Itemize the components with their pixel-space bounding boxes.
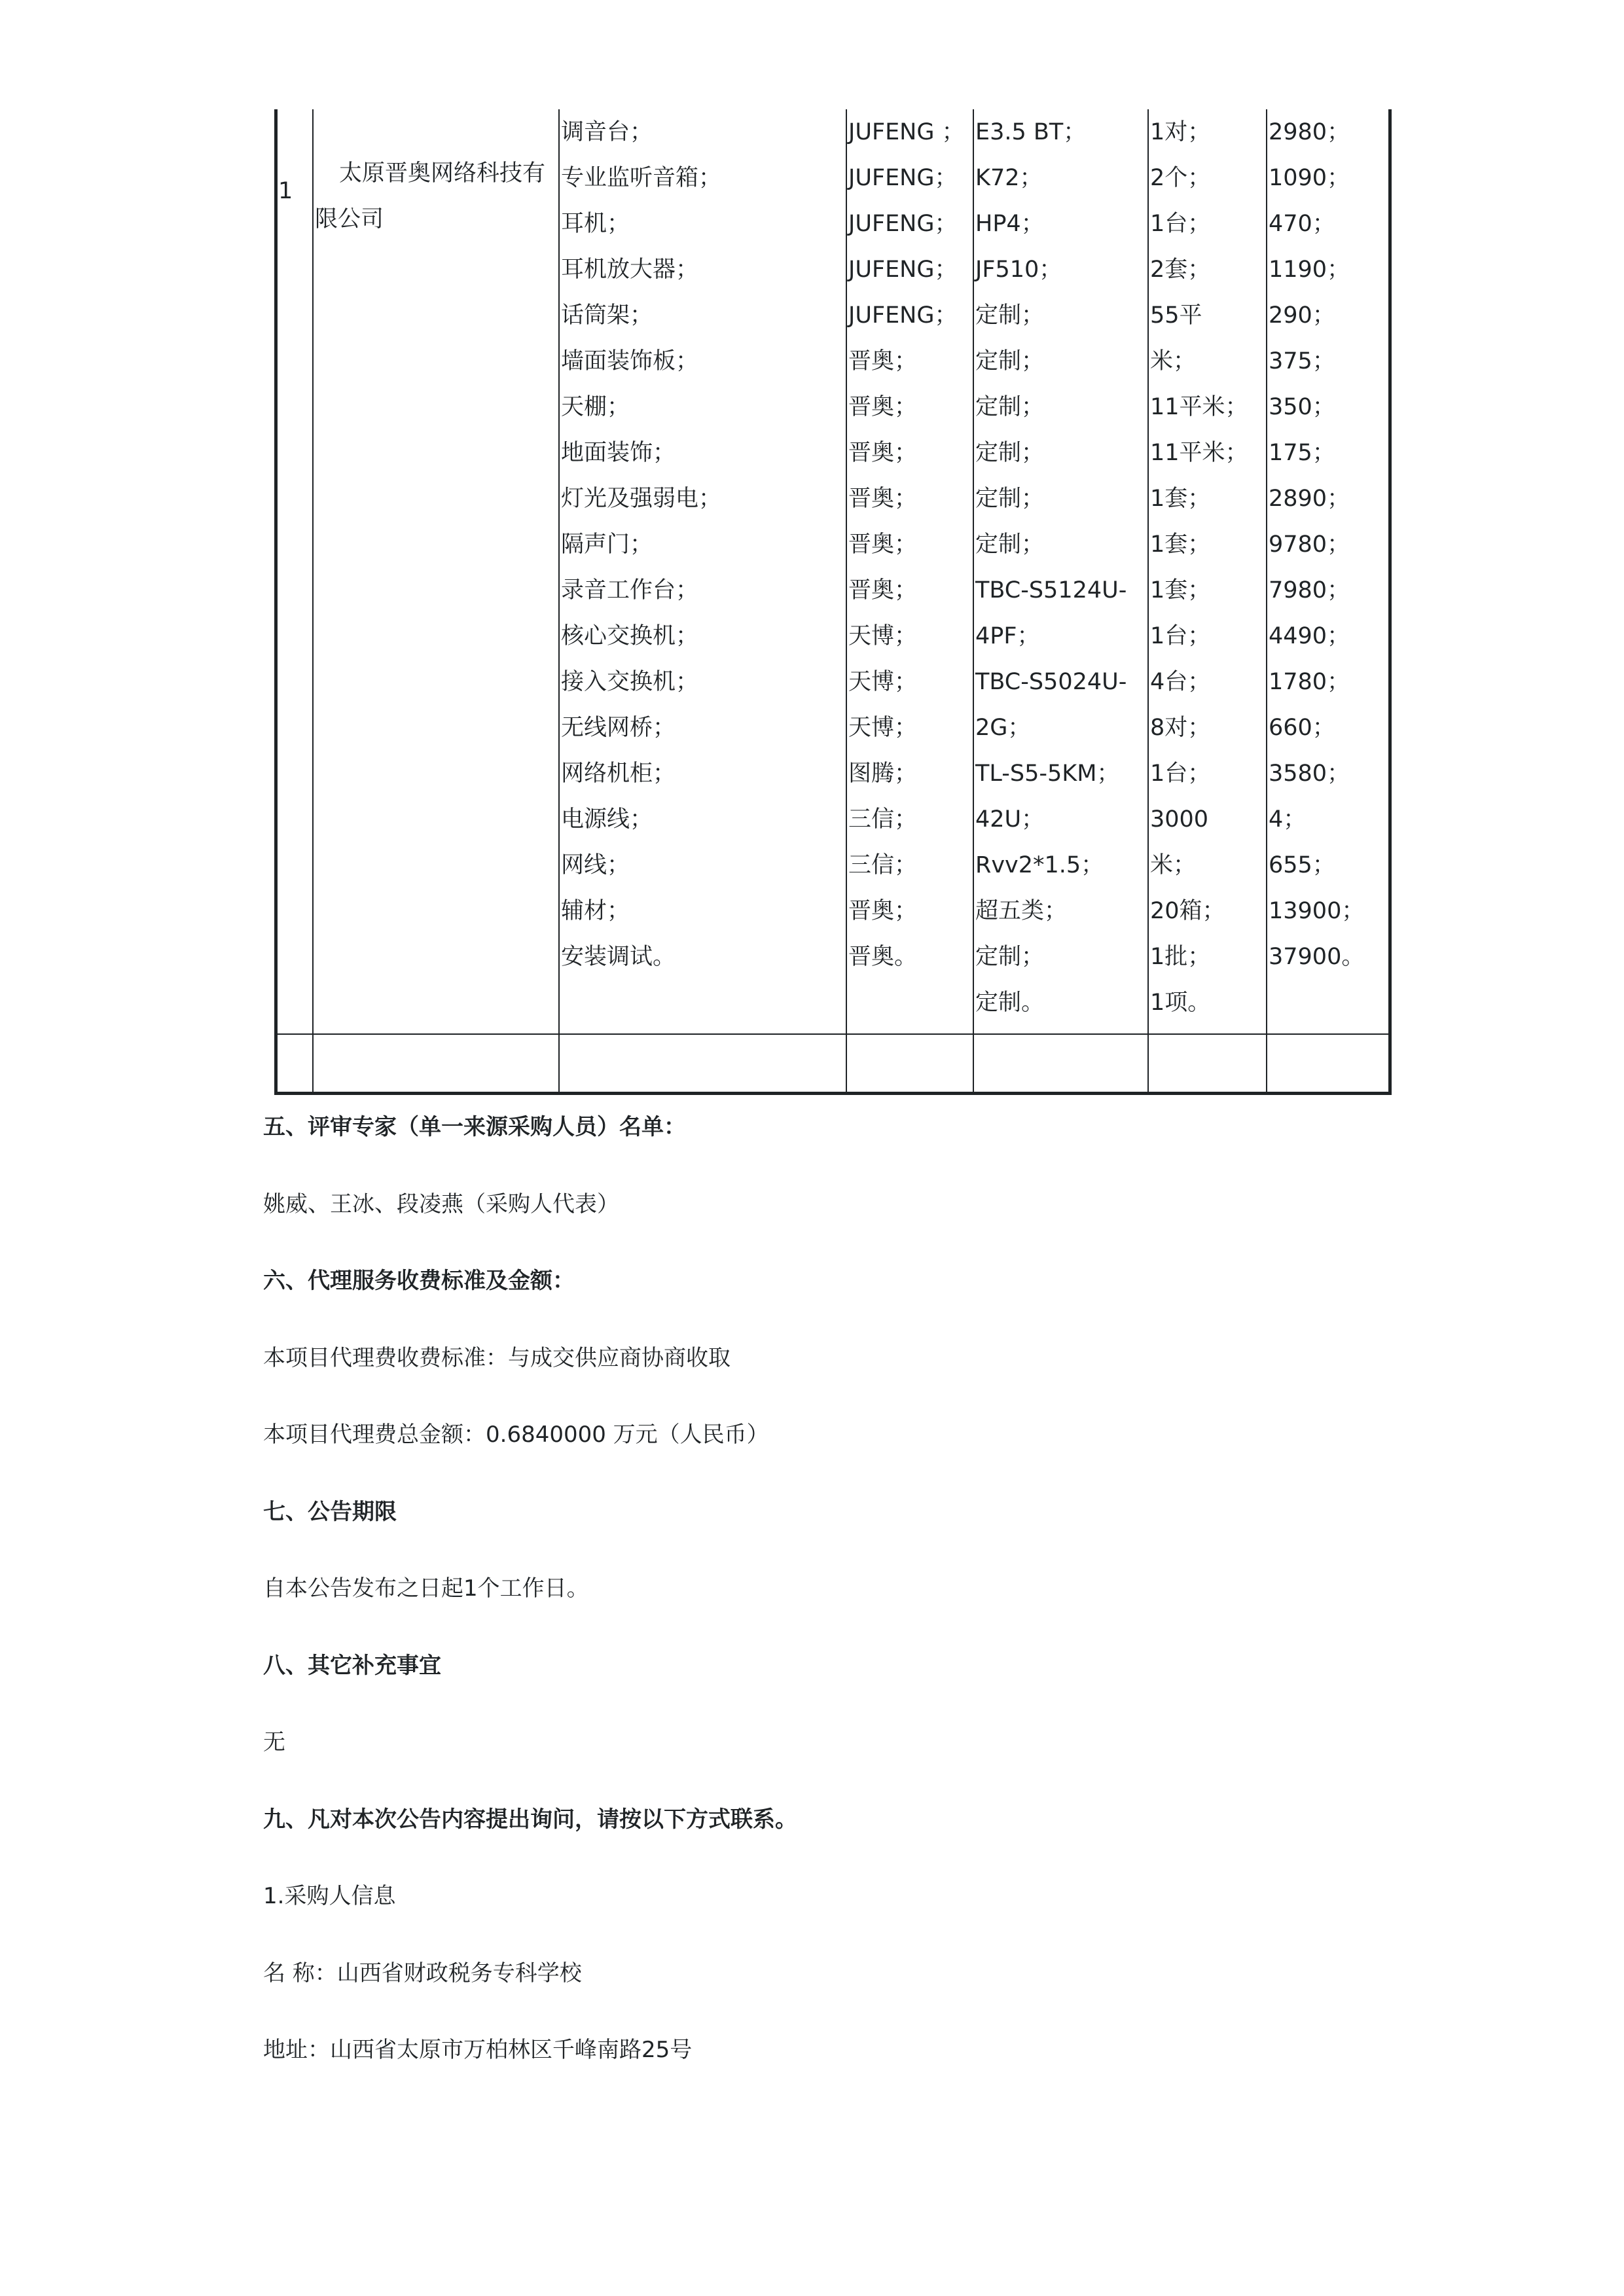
- column-divider: [312, 109, 314, 1095]
- table-quantity: 2套；: [1150, 247, 1248, 293]
- table-brand: 晋奥；: [848, 522, 965, 567]
- purchaser-address: 地址：山西省太原市万柏林区千峰南路25号: [263, 2037, 692, 2063]
- table-quantity: 1台；: [1150, 201, 1248, 247]
- table-price: 470；: [1269, 201, 1364, 247]
- column-divider: [558, 109, 560, 1095]
- brands-column: JUFENG ；JUFENG；JUFENG；JUFENG；JUFENG；晋奥；晋…: [848, 109, 965, 980]
- table-brand: JUFENG；: [848, 155, 965, 201]
- table-quantity: 1套；: [1150, 567, 1248, 613]
- table-brand: 晋奥；: [848, 567, 965, 613]
- table-model: TBC-S5124U-: [975, 567, 1127, 613]
- section-7-heading: 七、公告期限: [263, 1499, 397, 1525]
- table-item: 耳机；: [561, 201, 721, 247]
- column-divider: [973, 109, 974, 1095]
- table-model: 定制；: [975, 384, 1127, 430]
- table-quantity: 20箱；: [1150, 888, 1248, 934]
- table-model: TBC-S5024U-: [975, 659, 1127, 705]
- row-seq: 1: [278, 178, 293, 204]
- table-price: 7980；: [1269, 567, 1364, 613]
- table-brand: 三信；: [848, 842, 965, 888]
- table-model: K72；: [975, 155, 1127, 201]
- section-6-fee-standard: 本项目代理费收费标准：与成交供应商协商收取: [263, 1345, 731, 1371]
- table-brand: 晋奥；: [848, 888, 965, 934]
- table-price: 290；: [1269, 293, 1364, 338]
- table-item: 电源线；: [561, 797, 721, 842]
- table-price: 3580；: [1269, 751, 1364, 797]
- table-quantity: 3000: [1150, 797, 1248, 842]
- table-brand: 三信；: [848, 797, 965, 842]
- table-model: 42U；: [975, 797, 1127, 842]
- table-price: 655；: [1269, 842, 1364, 888]
- table-quantity: 1台；: [1150, 751, 1248, 797]
- purchaser-name: 名 称：山西省财政税务专科学校: [263, 1960, 582, 1986]
- table-item: 耳机放大器；: [561, 247, 721, 293]
- table-item: 灯光及强弱电；: [561, 476, 721, 522]
- purchaser-info-label: 1.采购人信息: [263, 1883, 395, 1909]
- table-price: 2890；: [1269, 476, 1364, 522]
- table-item: 调音台；: [561, 109, 721, 155]
- table-price: 37900。: [1269, 934, 1364, 980]
- table-item: 墙面装饰板；: [561, 338, 721, 384]
- table-quantity: 米；: [1150, 338, 1248, 384]
- table-model: 4PF；: [975, 613, 1127, 659]
- table-quantity: 55平: [1150, 293, 1248, 338]
- procurement-table: 1 太原晋奥网络科技有 限公司 调音台；专业监听音箱；耳机；耳机放大器；话筒架；…: [274, 109, 1392, 1095]
- table-brand: 晋奥；: [848, 430, 965, 476]
- table-price: 1090；: [1269, 155, 1364, 201]
- column-divider: [1266, 109, 1267, 1095]
- table-item: 专业监听音箱；: [561, 155, 721, 201]
- table-model: Rvv2*1.5；: [975, 842, 1127, 888]
- table-model: 定制；: [975, 430, 1127, 476]
- table-border-left: [274, 109, 278, 1095]
- table-item: 天棚；: [561, 384, 721, 430]
- column-divider: [846, 109, 847, 1095]
- table-price: 4490；: [1269, 613, 1364, 659]
- table-price: 660；: [1269, 705, 1364, 751]
- table-model: JF510；: [975, 247, 1127, 293]
- table-quantity: 米；: [1150, 842, 1248, 888]
- items-column: 调音台；专业监听音箱；耳机；耳机放大器；话筒架；墙面装饰板；天棚；地面装饰；灯光…: [561, 109, 721, 980]
- table-model: 2G；: [975, 705, 1127, 751]
- table-price: 375；: [1269, 338, 1364, 384]
- table-item: 无线网桥；: [561, 705, 721, 751]
- table-quantity: 1批；: [1150, 934, 1248, 980]
- table-quantity: 1套；: [1150, 522, 1248, 567]
- section-6-heading: 六、代理服务收费标准及金额：: [263, 1268, 575, 1294]
- table-quantity: 1对；: [1150, 109, 1248, 155]
- table-price: 4；: [1269, 797, 1364, 842]
- section-9-heading: 九、凡对本次公告内容提出询问，请按以下方式联系。: [263, 1806, 797, 1833]
- table-brand: JUFENG；: [848, 201, 965, 247]
- table-quantity: 1套；: [1150, 476, 1248, 522]
- table-model: E3.5 BT；: [975, 109, 1127, 155]
- section-8-heading: 八、其它补充事宜: [263, 1653, 441, 1679]
- table-quantity: 11平米；: [1150, 430, 1248, 476]
- quantities-column: 1对；2个；1台；2套；55平米；11平米；11平米；1套；1套；1套；1台；4…: [1150, 109, 1248, 1026]
- table-item: 话筒架；: [561, 293, 721, 338]
- table-model: 超五类；: [975, 888, 1127, 934]
- table-item: 录音工作台；: [561, 567, 721, 613]
- table-brand: 晋奥；: [848, 384, 965, 430]
- supplier-name: 太原晋奥网络科技有 限公司: [315, 151, 557, 242]
- prices-column: 2980；1090；470；1190；290；375；350；175；2890；…: [1269, 109, 1364, 980]
- table-price: 175；: [1269, 430, 1364, 476]
- section-7-body: 自本公告发布之日起1个工作日。: [263, 1575, 589, 1602]
- table-price: 9780；: [1269, 522, 1364, 567]
- table-item: 辅材；: [561, 888, 721, 934]
- table-price: 350；: [1269, 384, 1364, 430]
- table-quantity: 11平米；: [1150, 384, 1248, 430]
- table-brand: JUFENG；: [848, 247, 965, 293]
- table-price: 1780；: [1269, 659, 1364, 705]
- table-brand: 天博；: [848, 705, 965, 751]
- table-brand: JUFENG ；: [848, 109, 965, 155]
- table-border-bottom: [274, 1092, 1392, 1095]
- table-brand: 晋奥；: [848, 338, 965, 384]
- table-model: 定制；: [975, 338, 1127, 384]
- table-quantity: 1台；: [1150, 613, 1248, 659]
- table-brand: 晋奥；: [848, 476, 965, 522]
- table-model: 定制。: [975, 980, 1127, 1026]
- section-6-fee-amount: 本项目代理费总金额：0.6840000 万元（人民币）: [263, 1422, 769, 1448]
- table-price: 13900；: [1269, 888, 1364, 934]
- table-item: 隔声门；: [561, 522, 721, 567]
- table-quantity: 8对；: [1150, 705, 1248, 751]
- table-model: 定制；: [975, 934, 1127, 980]
- table-item: 网线；: [561, 842, 721, 888]
- table-model: HP4；: [975, 201, 1127, 247]
- table-item: 网络机柜；: [561, 751, 721, 797]
- table-brand: 天博；: [848, 613, 965, 659]
- table-quantity: 4台；: [1150, 659, 1248, 705]
- column-divider: [1147, 109, 1149, 1095]
- table-item: 接入交换机；: [561, 659, 721, 705]
- section-5-body: 姚威、王冰、段凌燕（采购人代表）: [263, 1191, 619, 1217]
- table-brand: 天博；: [848, 659, 965, 705]
- section-8-body: 无: [263, 1729, 285, 1755]
- table-brand: 晋奥。: [848, 934, 965, 980]
- table-brand: 图腾；: [848, 751, 965, 797]
- table-border-right: [1388, 109, 1392, 1095]
- table-model: 定制；: [975, 293, 1127, 338]
- table-model: 定制；: [975, 476, 1127, 522]
- table-item: 核心交换机；: [561, 613, 721, 659]
- table-item: 地面装饰；: [561, 430, 721, 476]
- section-5-heading: 五、评审专家（单一来源采购人员）名单：: [263, 1114, 686, 1140]
- table-quantity: 2个；: [1150, 155, 1248, 201]
- table-price: 2980；: [1269, 109, 1364, 155]
- table-model: TL-S5-5KM；: [975, 751, 1127, 797]
- table-model: 定制；: [975, 522, 1127, 567]
- table-item: 安装调试。: [561, 934, 721, 980]
- table-quantity: 1项。: [1150, 980, 1248, 1026]
- models-column: E3.5 BT；K72；HP4；JF510；定制；定制；定制；定制；定制；定制；…: [975, 109, 1127, 1026]
- table-price: 1190；: [1269, 247, 1364, 293]
- table-brand: JUFENG；: [848, 293, 965, 338]
- row-divider: [274, 1033, 1392, 1035]
